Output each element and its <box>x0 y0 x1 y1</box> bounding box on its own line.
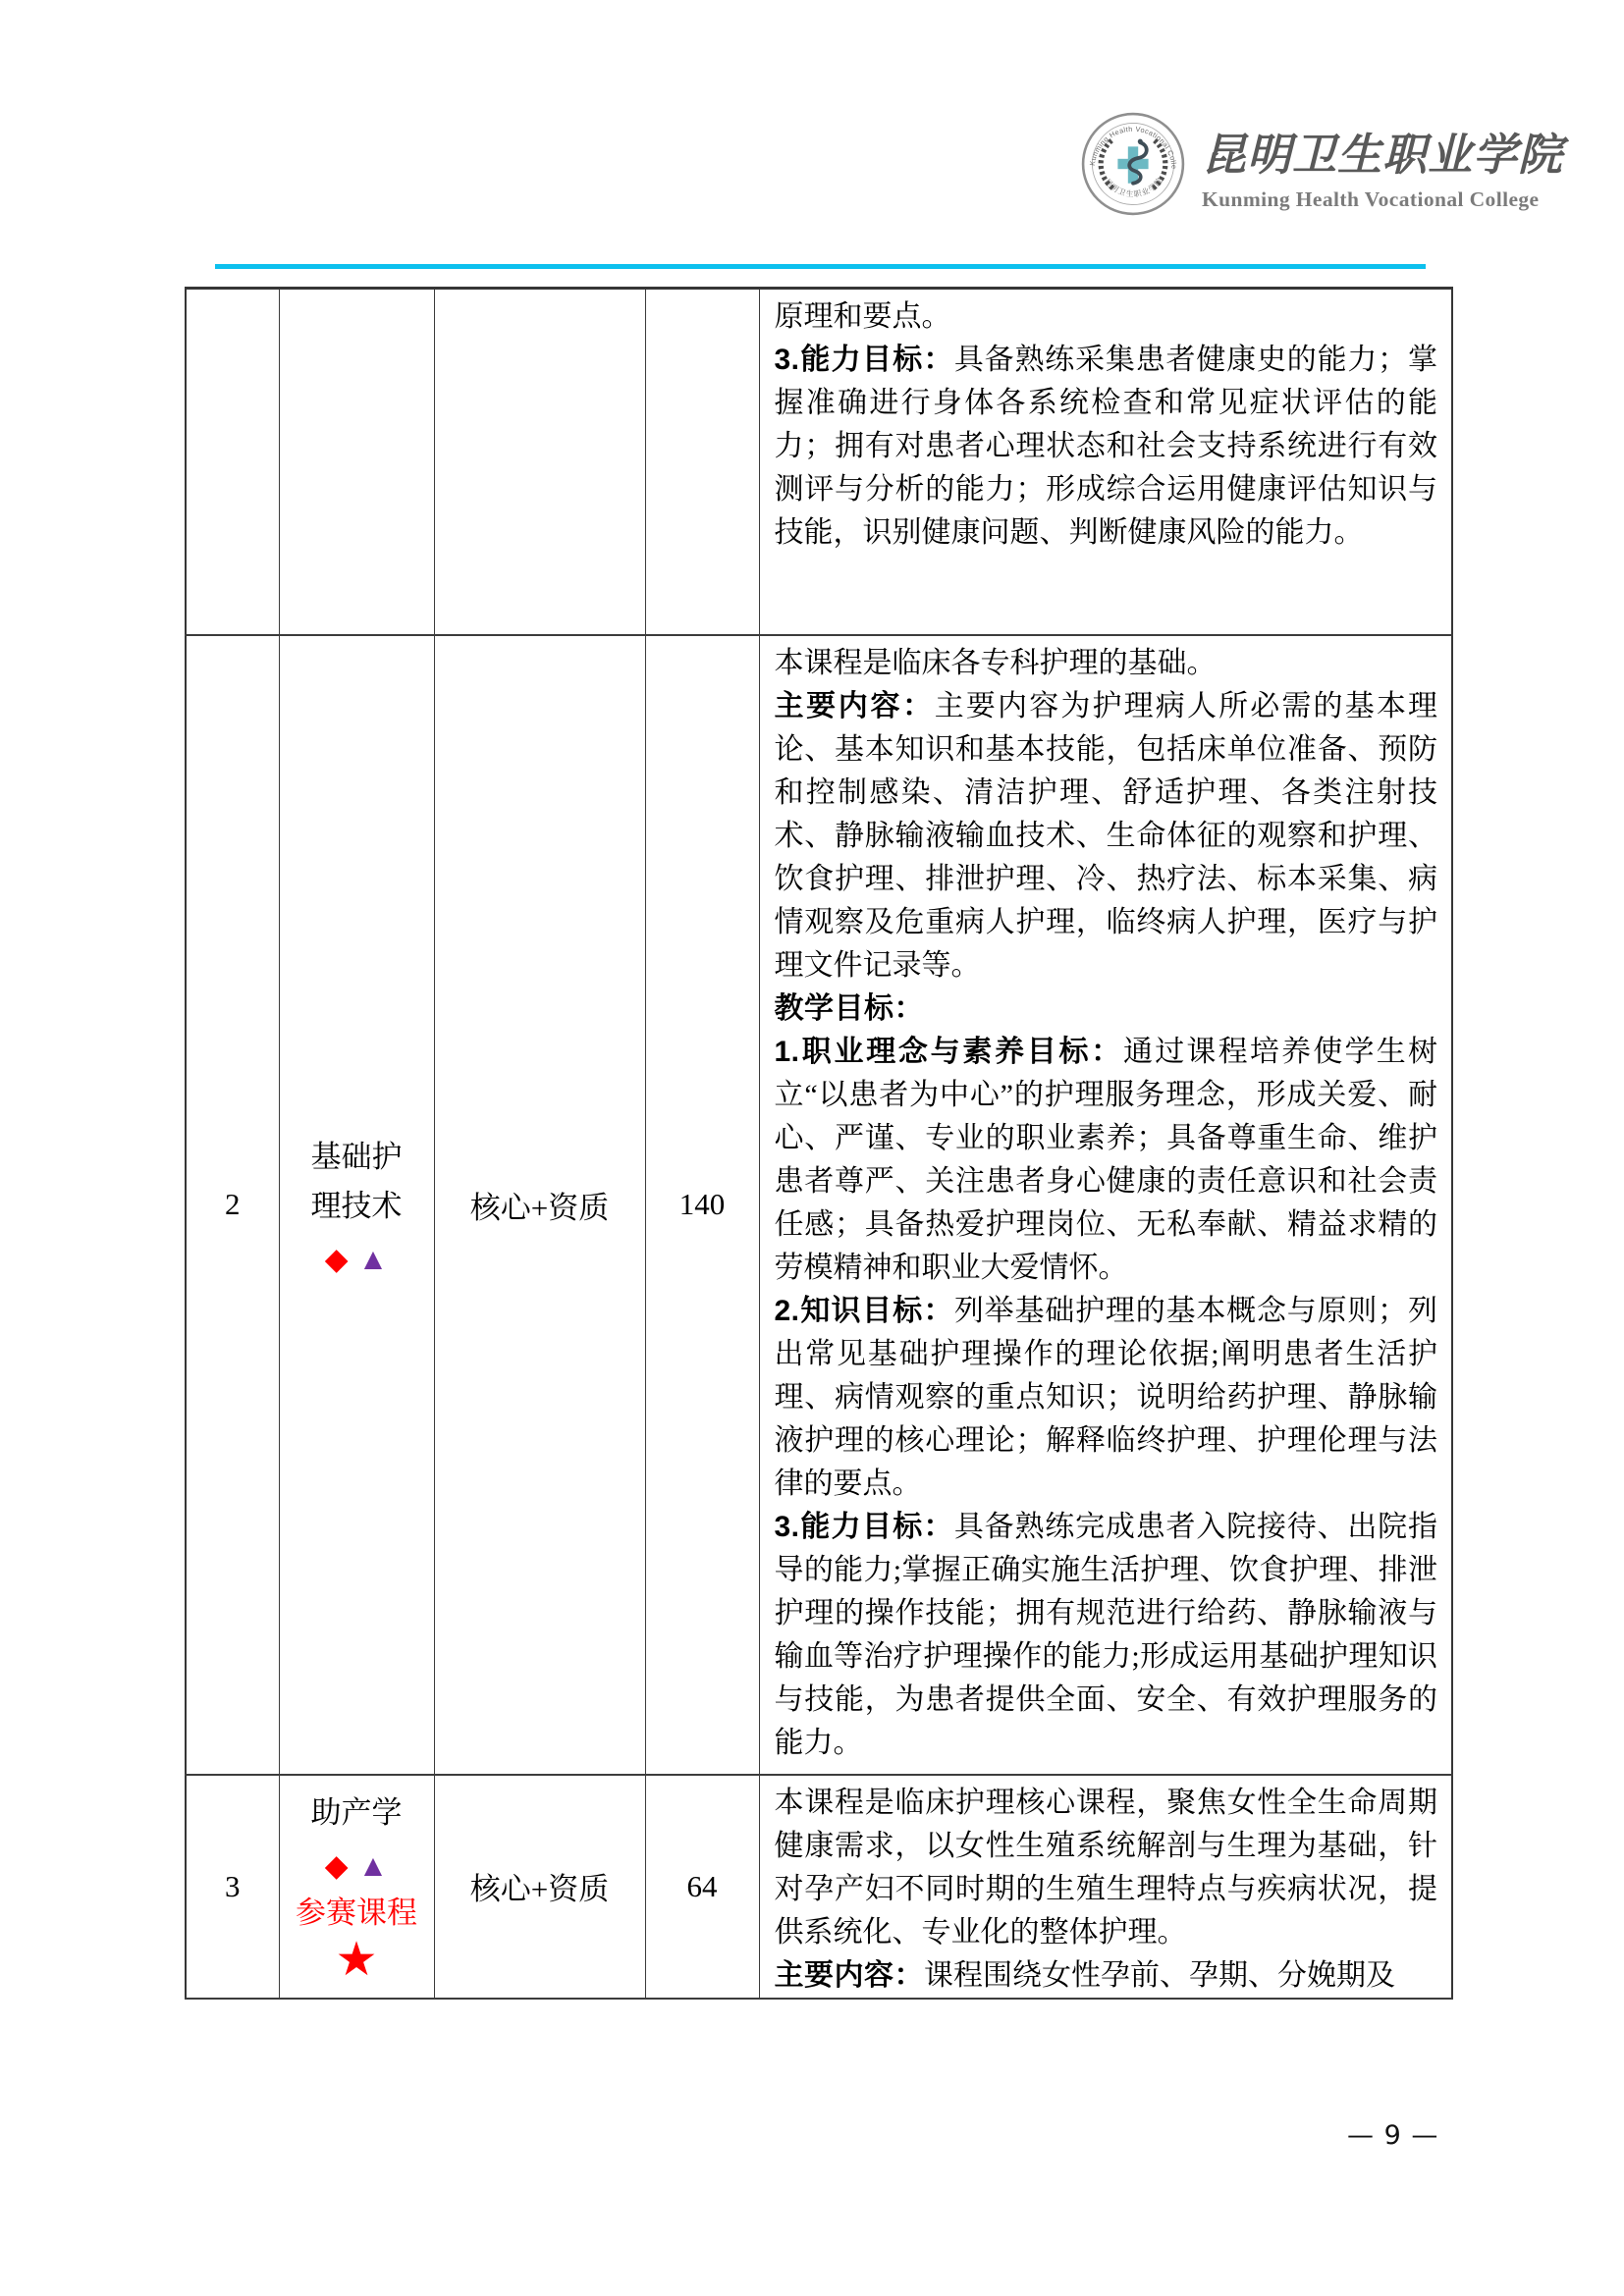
college-name-en: Kunming Health Vocational College <box>1202 187 1565 212</box>
contest-course-label: 参赛课程 <box>280 1895 434 1932</box>
course-name-cell: 助产学 ◆▲ 参赛课程 ★ <box>279 1775 434 1999</box>
course-description-cell: 本课程是临床各专科护理的基础。 主要内容：主要内容为护理病人所必需的基本理论、基… <box>759 635 1452 1775</box>
description-paragraph: 教学目标： <box>775 988 1438 1031</box>
course-type-cell: 核心+资质 <box>434 1775 645 1999</box>
description-paragraph: 2.知识目标：列举基础护理的基本概念与原则；列出常见基础护理操作的理论依据;阐明… <box>775 1290 1438 1506</box>
course-symbols: ◆▲ <box>280 1849 434 1883</box>
course-description-cell: 原理和要点。 3.能力目标：具备熟练采集患者健康史的能力；掌握准确进行身体各系统… <box>759 289 1452 635</box>
course-name-cell <box>279 289 434 635</box>
course-type-cell: 核心+资质 <box>434 635 645 1775</box>
description-paragraph: 主要内容：课程围绕女性孕前、孕期、分娩期及 <box>775 1954 1438 1998</box>
table-row: 2 基础护理技术 ◆▲ 核心+资质 140 本课程是临床各专科护理的基础。 主要… <box>186 635 1452 1775</box>
diamond-icon: ◆ <box>325 1848 358 1883</box>
college-name-zh: 昆明卫生职业学院 <box>1202 126 1565 185</box>
row-number-cell: 2 <box>186 635 279 1775</box>
course-name: 基础护理技术 <box>303 1133 409 1231</box>
description-paragraph: 3.能力目标：具备熟练采集患者健康史的能力；掌握准确进行身体各系统检查和常见症状… <box>775 339 1438 555</box>
star-icon: ★ <box>280 1936 434 1985</box>
description-paragraph: 本课程是临床护理核心课程，聚焦女性全生命周期健康需求，以女性生殖系统解剖与生理为… <box>775 1782 1438 1954</box>
course-type-cell <box>434 289 645 635</box>
college-logo-icon: Kunming Health Vocational College 昆明卫生职业… <box>1081 112 1185 216</box>
course-name: 助产学 <box>311 1789 403 1838</box>
row-number-cell <box>186 289 279 635</box>
diamond-icon: ◆ <box>325 1242 358 1276</box>
course-name-cell: 基础护理技术 ◆▲ <box>279 635 434 1775</box>
description-paragraph: 1.职业理念与素养目标：通过课程培养使学生树立“以患者为中心”的护理服务理念，形… <box>775 1031 1438 1290</box>
course-table: 原理和要点。 3.能力目标：具备熟练采集患者健康史的能力；掌握准确进行身体各系统… <box>185 287 1453 2000</box>
row-number-cell: 3 <box>186 1775 279 1999</box>
dragon-head <box>1138 139 1143 144</box>
table-row: 3 助产学 ◆▲ 参赛课程 ★ 核心+资质 64 本课程是临床护理核心课程，聚焦… <box>186 1775 1452 1999</box>
course-hours-cell <box>645 289 759 635</box>
description-paragraph: 本课程是临床各专科护理的基础。 <box>775 642 1438 685</box>
triangle-icon: ▲ <box>358 1242 399 1276</box>
course-symbols: ◆▲ <box>280 1243 434 1276</box>
description-paragraph: 3.能力目标：具备熟练完成患者入院接待、出院指导的能力;掌握正确实施生活护理、饮… <box>775 1506 1438 1765</box>
course-hours-cell: 140 <box>645 635 759 1775</box>
document-page: Kunming Health Vocational College 昆明卫生职业… <box>0 0 1624 2296</box>
description-paragraph: 主要内容：主要内容为护理病人所必需的基本理论、基本知识和基本技能，包括床单位准备… <box>775 685 1438 988</box>
page-number: — 9 — <box>1347 2120 1438 2151</box>
triangle-icon: ▲ <box>358 1848 399 1883</box>
table-row: 原理和要点。 3.能力目标：具备熟练采集患者健康史的能力；掌握准确进行身体各系统… <box>186 289 1452 635</box>
header-divider-line <box>215 264 1426 269</box>
course-description-cell: 本课程是临床护理核心课程，聚焦女性全生命周期健康需求，以女性生殖系统解剖与生理为… <box>759 1775 1452 1999</box>
description-paragraph: 原理和要点。 <box>775 295 1438 339</box>
header-brand: 昆明卫生职业学院 Kunming Health Vocational Colle… <box>1202 126 1565 212</box>
course-hours-cell: 64 <box>645 1775 759 1999</box>
